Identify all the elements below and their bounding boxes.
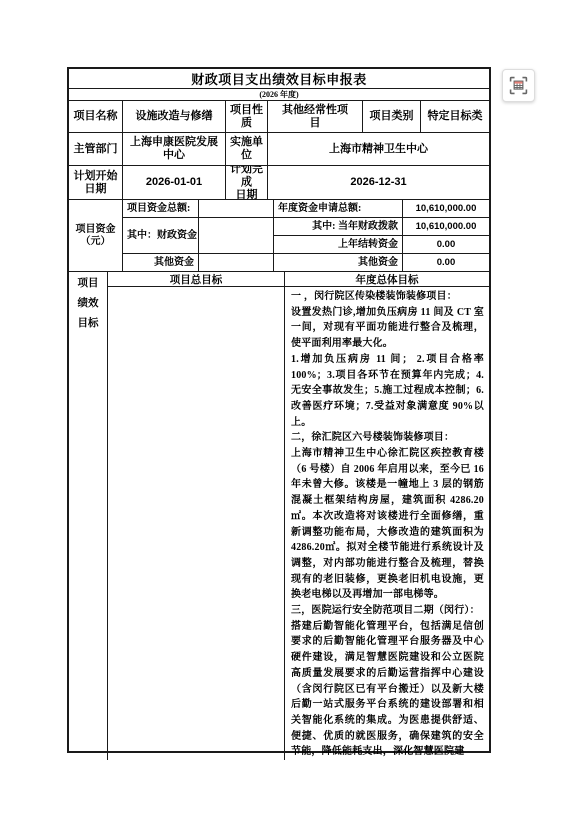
current-year-appropriation-value: 10,610,000.00 — [403, 218, 489, 236]
dept-value: 上海申康医院发展中心 — [123, 133, 226, 166]
plan-start-date: 2026-01-01 — [123, 166, 226, 200]
carryover-value: 0.00 — [403, 236, 489, 254]
goals-section-label: 项目 绩效 目标 — [69, 272, 108, 760]
form-title: 财政项目支出绩效目标申报表 — [69, 69, 489, 89]
funds-section-label: 项目资金 （元） — [69, 200, 123, 272]
project-category-label: 项目类别 — [363, 101, 421, 133]
table-capture-icon — [509, 76, 528, 95]
project-category-value: 特定目标类 — [421, 101, 489, 133]
project-goal-header: 项目总目标 — [108, 272, 285, 287]
other-funds-label-right: 其他资金 — [274, 254, 403, 272]
unit-value: 上海市精神卫生中心 — [268, 133, 489, 166]
annual-request-label: 年度资金申请总额: — [274, 200, 403, 218]
unit-label: 实施单位 — [226, 133, 268, 166]
annual-goal-body: 一 ，闵行院区传染楼装饰装修项目： 设置发热门诊,增加负压病房 11 间及 CT… — [285, 287, 489, 760]
annual-goal-text: 一 ，闵行院区传染楼装饰装修项目： 设置发热门诊,增加负压病房 11 间及 CT… — [285, 287, 489, 760]
plan-end-label: 计划完成 日期 — [226, 166, 268, 200]
annual-goal-header: 年度总体目标 — [285, 272, 489, 287]
funds-total-label: 项目资金总额: — [123, 200, 199, 218]
funds-fiscal-label: 其中：财政资金 — [123, 218, 199, 254]
performance-goals-section: 项目 绩效 目标 项目总目标 年度总体目标 一 ，闵行院区传染楼装饰装修项目： … — [69, 272, 489, 760]
project-funds-section: 项目资金 （元） 项目资金总额: 其中：财政资金 其他资金 年度资金申请总额: … — [69, 200, 489, 272]
funds-total-value — [199, 200, 274, 218]
project-goal-body — [108, 287, 285, 760]
form-subtitle-year: (2026 年度) — [69, 89, 489, 101]
dept-label: 主管部门 — [69, 133, 123, 166]
annual-request-value: 10,610,000.00 — [403, 200, 489, 218]
project-nature-value: 其他经常性项 目 — [268, 101, 363, 133]
funds-other-value-left — [199, 254, 274, 272]
table-capture-button[interactable] — [502, 69, 535, 102]
funds-fiscal-value — [199, 218, 274, 254]
plan-end-date: 2026-12-31 — [268, 166, 489, 200]
project-name-value: 设施改造与修缮 — [123, 101, 226, 133]
funds-other-label-left: 其他资金 — [123, 254, 199, 272]
basic-info-section: 项目名称 设施改造与修缮 项目性质 其他经常性项 目 项目类别 特定目标类 主管… — [69, 101, 489, 200]
project-name-label: 项目名称 — [69, 101, 123, 133]
carryover-label: 上年结转资金 — [274, 236, 403, 254]
plan-start-label: 计划开始 日期 — [69, 166, 123, 200]
project-nature-label: 项目性质 — [226, 101, 268, 133]
performance-target-declaration-form: 财政项目支出绩效目标申报表 (2026 年度) 项目名称 设施改造与修缮 项目性… — [67, 67, 491, 753]
project-goal-text — [108, 287, 284, 760]
current-year-appropriation-label: 其中: 当年财政拨款 — [274, 218, 403, 236]
other-funds-value-right: 0.00 — [403, 254, 489, 272]
